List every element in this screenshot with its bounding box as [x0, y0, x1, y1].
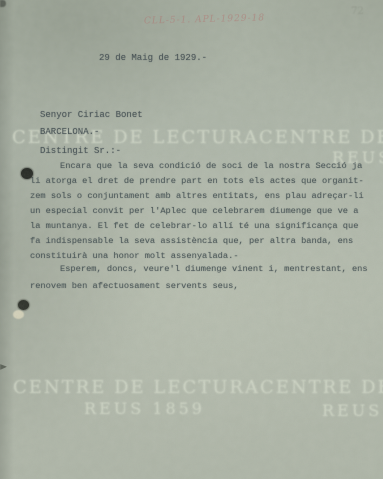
body-line: li atorga el dret de prendre part en tot…: [30, 174, 378, 189]
date-line: 29 de Maig de 1929.-: [99, 53, 207, 63]
body-line: zem sols o conjuntament amb altres entit…: [30, 189, 378, 204]
salutation: Distingit Sr.:-: [40, 146, 121, 156]
body-line: renovem ben afectuosament servents seus,: [30, 278, 378, 295]
watermark-bottom-right: CENTRE DE: [260, 377, 383, 398]
body-line: Encara que la seva condició de soci de l…: [30, 159, 378, 174]
watermark-bottom-reus-1859: REUS 1859: [84, 399, 205, 418]
recipient-name: Senyor Ciriac Bonet: [40, 110, 143, 120]
handwritten-archive-code: CLL-5-1. APL-1929-18: [144, 13, 265, 26]
pencil-corner-mark: 72: [351, 6, 364, 17]
body-line: Esperem, doncs, veure'l diumenge vinent …: [30, 261, 378, 278]
body-paragraph-2: Esperem, doncs, veure'l diumenge vinent …: [30, 261, 378, 294]
scan-edge-speck: [0, 364, 7, 370]
body-line: fa indispensable la seva assistència que…: [30, 234, 378, 249]
watermark-mid-right: CENTRE DE: [259, 127, 383, 148]
body-line: un especial convit per l'Aplec que celeb…: [30, 204, 378, 219]
ink-spot: [21, 168, 33, 179]
recipient-city: BARCELONA.-: [40, 127, 99, 137]
watermark-bottom-reus: REUS: [322, 401, 382, 420]
body-line: la muntanya. El fet de celebrar-lo allí …: [30, 219, 378, 234]
ink-spot: [18, 300, 29, 310]
scan-edge-speck: [0, 0, 6, 7]
paper-blemish: [13, 310, 24, 319]
body-paragraph-1: Encara que la seva condició de soci de l…: [30, 159, 378, 264]
letter-scan: CENTRE DE LECTURA CENTRE DE REUS CENTRE …: [0, 0, 383, 479]
watermark-bottom-left: CENTRE DE LECTURA: [13, 377, 260, 398]
